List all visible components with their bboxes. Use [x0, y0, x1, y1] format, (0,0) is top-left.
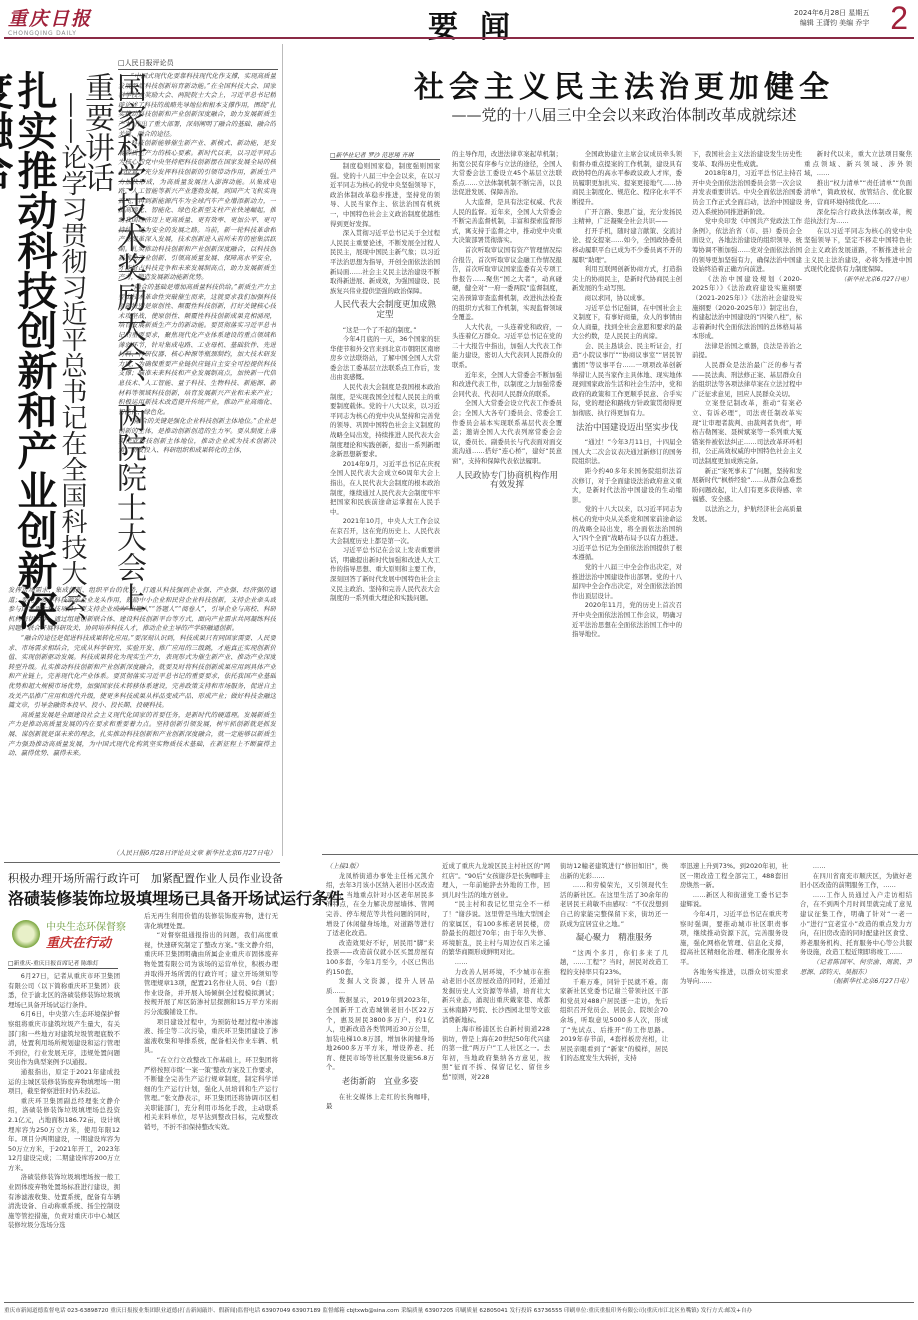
- section-subtitle: 人民代表大会制度更加成熟定型: [330, 301, 440, 320]
- bottom-right-column-2: 近成了重庆九龙坡区民主村社区的“网红店”。“90后”女孩谢莎是长狗咖啡主理人，一…: [442, 862, 550, 1274]
- paragraph: 深入贯彻习近平总书记关于全过程人民民主重要论述，不断发展全过程人民民主，展现中国…: [330, 229, 440, 296]
- editors-credit: 编辑 王潇钧 美编 乔宇: [794, 18, 869, 28]
- paragraph: “在立行立改整改工作基础上，环卫集团将严格按照市级‘一案一策’整改方案及工作要求…: [144, 1056, 278, 1133]
- paragraph: 党中央印发《中国共产党政法工作条例》，依法治省（市、县）委员会全面设立，各地法治…: [692, 217, 802, 275]
- paragraph: 项目建设过程中，为预防处理过程中渗滤液、扬尘等二次污染，重庆环卫集团建设了渗滤液…: [144, 1018, 278, 1056]
- center-column-4: 下，我国社会主义法治建设发生历史性变革、取得历史性成就。 2018年8月，习近平…: [692, 150, 802, 850]
- center-article-headline[interactable]: 社会主义民主法治更加健全: [346, 62, 902, 106]
- paragraph: 首次听取审议国有资产管理情况综合报告，首次听取审议金融工作情况报告，首次听取审议…: [452, 246, 562, 323]
- paragraph: 习近平总书记在会议上发表重要讲话，明确提出新时代加强和改进人大工作的指导思想、重…: [330, 546, 440, 604]
- paragraph: 洛碛装修装饰垃圾填埋场按一般工业固体废弃物处置场标准进行建设，拥有渗滤液收集、处…: [8, 1173, 120, 1231]
- paragraph: “这是一个了不起的制度。”: [330, 326, 440, 336]
- paragraph: ……工作人员通过入户走访相结合，在不到两个月时间里就完成了意见建议征集工作，明确…: [800, 891, 912, 958]
- paragraph: 后无再生利用价值的装修装饰废弃物，进行无害化填埋处置。: [144, 912, 278, 931]
- paragraph: “对督察组通报指出的问题，我们高度重视，快速研究制定了整改方案。”张文静介绍，重…: [144, 931, 278, 1017]
- center-column-3: 全国政协建立主席会议成员牵头领衔督办重点提案的工作机制，建设具有政协特色的高水平…: [572, 150, 682, 850]
- paragraph: 改造效果好不好，居民用“脚”来投票——改造前仅就小区买置房屋有100多套，今年1…: [326, 939, 434, 977]
- paragraph: 街坊12幢老建筑进行“修旧如旧”，焕出新的光彩……: [560, 862, 668, 881]
- paragraph: 近成了重庆九龙坡区民主村社区的“网红店”。“90后”女孩谢莎是长狗咖啡主理人，一…: [442, 862, 550, 900]
- left-article-byline: □人民日报评论员: [118, 58, 278, 70]
- paragraph: 上海市杨浦区长白新村街道228街坊，曾是上海在20世纪50年代兴建的第一批“两万…: [442, 1025, 550, 1083]
- bottom-right-column-5: …… 在四川省南充市顺庆区，为做好老旧小区改造的前期服务工作，…… ……工作人员…: [800, 862, 912, 1274]
- paragraph: 人大代表，一头连着党和政府，一头连着亿万群众。习近平总书记在党的二十大报告中指出…: [452, 323, 562, 371]
- masthead-divider: [4, 37, 914, 39]
- paragraph: 《法治中国建设规划（2020-2025年）》《法治政府建设实施纲要（2021-2…: [692, 275, 802, 342]
- page-number: 2: [890, 0, 908, 37]
- center-column-5: 新时代以来，重大立法项目聚焦重点领域、新兴领域、涉外领域，…… 推出“权力清单”…: [804, 150, 912, 840]
- paragraph: 重庆环卫集团副总经理张文静介绍，洛碛装修装饰垃圾填埋场总投资2.1亿元，占地面积…: [8, 1097, 120, 1174]
- paragraph: 近年来，全国人大常委会不断加强和改进代表工作，以制度之力加强常委会同代表、代表同…: [452, 371, 562, 400]
- bottom-left-column-2: 后无再生利用价值的装修装饰废弃物，进行无害化填埋处置。 “对督察组通报指出的问题…: [144, 912, 278, 1282]
- paragraph: 2014年9月，习近平总书记在庆祝全国人民代表大会成立60周年大会上指出，在人民…: [330, 460, 440, 518]
- paragraph: 6月6日，中央第六生态环境保护督察组将重庆市建筑垃圾产生量大，有关部门和一些地方…: [8, 1010, 120, 1068]
- paragraph: ……和劳模荣光，又引领现代生活的新社区。在这里生活了30余年的老居民王莉敏不由感…: [560, 881, 668, 929]
- paragraph: ……: [442, 958, 550, 968]
- paragraph: 在以习近平同志为核心的党中央坚强领导下，坚定不移走中国特色社会主义政治发展道路，…: [804, 227, 912, 275]
- left-article-subhead-2: ——论学习贯彻习近平总书记在全国科技大会、: [54, 92, 86, 652]
- paragraph: “这两个多月，你们多来了几趟，……工程”？当时，居民对改造工程的支持率只有23%…: [560, 949, 668, 978]
- paragraph: 立案登记制改革，推动“有案必立、有诉必理”，司法责任制改革实现“让审理者裁判、由…: [692, 399, 802, 466]
- section-title: 要闻: [428, 2, 532, 46]
- masthead: 重庆日报 CHONGQING DAILY 要闻 2024年6月28日 星期五 编…: [0, 0, 918, 42]
- paragraph: “融合的途径是促进科技成果转化应用。”要深刻认识到，科技成果只有同国家需要、人民…: [8, 634, 276, 711]
- paragraph: 人民群众是法治最广泛的参与者——民法典、刑法修正案、基层群众自治组织法等各项法律…: [692, 361, 802, 399]
- paragraph: “中国式现代化要靠科技现代化作支撑，实现高质量发展要靠科技创新培育新动能。”在全…: [118, 72, 276, 139]
- dateline: 2024年6月28日 星期五 编辑 王潇钧 美编 乔宇: [794, 8, 869, 28]
- logo-line-2: 重庆在行动: [46, 932, 111, 951]
- bottom-right-column-3: 街坊12幢老建筑进行“修旧如旧”，焕出新的光彩…… ……和劳模荣光，又引领现代生…: [560, 862, 668, 1274]
- paragraph: 人大监督，是具有法定权威、代表人民的监督。近年来，全国人大常委会不断完善监督机制…: [452, 198, 562, 246]
- paragraph: “融合的基础是增加高质量科技供给。”新质生产力主要由技术革命性突破催生而来，这就…: [118, 283, 276, 417]
- paragraph: 率迅速上升到73%。到2020年初，社区一期改造工程全部完工，488套旧房焕然一…: [680, 862, 788, 891]
- paragraph: 法律是治国之重器，良法是善治之前提。: [692, 342, 802, 361]
- paragraph: 数据显示，2019年到2023年，全国新开工改造城镇老旧小区22万个，惠及居民3…: [326, 996, 434, 1073]
- logo-chinese: 重庆日报: [8, 4, 92, 31]
- paragraph: 科技创新能够催生新产业、新模式、新动能，是发展新质生产力的核心要素。新时代以来，…: [118, 139, 276, 283]
- paragraph: 高质量发展是全面建设社会主义现代化国家的首要任务，是新时代的硬道理。发展新质生产…: [8, 711, 276, 759]
- bottom-right-column-4: 率迅速上升到73%。到2020年初，社区一期改造工程全部完工，488套旧房焕然一…: [680, 862, 788, 1274]
- paragraph: 深化综合行政执法体制改革，规范执法行为……: [804, 208, 912, 227]
- newspaper-logo[interactable]: 重庆日报 CHONGQING DAILY: [8, 4, 92, 37]
- left-article-body-wide: 发挥市场需求、集成创新、组织平台的优势，打通从科技强到企业强、产业强、经济强的通…: [8, 586, 276, 846]
- paragraph: 商以求同，协以成事。: [572, 294, 682, 304]
- reporter-credit: （记者陈国军、何宗渝、周凯、尹思源、邱钧天、吴振东）: [800, 958, 912, 977]
- paragraph: 以法治之力，护航经济社会高质量发展。: [692, 505, 802, 524]
- left-article-headline[interactable]: 扎实推动科技创新和产业创新深度融合: [6, 70, 56, 630]
- paragraph: 党的十八大以来，以习近平同志为核心的党中央从关系党和国家前途命运的战略全局出发，…: [572, 505, 682, 563]
- center-column-2: 的主导作用，改进法律草案起草机制；拓宽公民有序参与立法的途径，全国人大常委会法工…: [452, 150, 562, 850]
- paragraph: 推出“权力清单”“责任清单”“负面清单”，简政放权、放管结合、优化服务，营商环境…: [804, 179, 912, 208]
- bottom-left-headline[interactable]: 洛碛装修装饰垃圾填埋场已具备开场试运行条件: [8, 886, 280, 909]
- paragraph: 的主导作用，改进法律草案起草机制；拓宽公民有序参与立法的途径，全国人大常委会法工…: [452, 150, 562, 198]
- paragraph: ……新区人和街道党工委书记李建辉说。: [680, 891, 788, 910]
- section-subtitle: 凝心聚力 精准服务: [560, 934, 668, 944]
- paragraph: 今年4月，习近平总书记在重庆考察时强调，要推动城市社区职责事项，继续推动资源下沉…: [680, 910, 788, 968]
- paragraph: 广开言路、集思广益，充分发扬民主精神，广泛凝聚全社会共识——: [572, 208, 682, 227]
- paragraph: 6月27日，记者从重庆市环卫集团有限公司（以下简称重庆环卫集团）获悉，位于渝北区…: [8, 972, 120, 1010]
- section-subtitle: 人民政协专门协商机构作用有效发挥: [452, 472, 562, 491]
- paragraph: 在四川省南充市顺庆区，为做好老旧小区改造的前期服务工作，……: [800, 872, 912, 891]
- paragraph: 人民代表大会制度是我国根本政治制度，是实现我国全过程人民民主的重要制度载体。党的…: [330, 383, 440, 460]
- section-divider: [4, 862, 280, 863]
- bottom-left-column-1: 6月27日，记者从重庆市环卫集团有限公司（以下简称重庆环卫集团）获悉，位于渝北区…: [8, 972, 120, 1282]
- paragraph: “融合的关键是强化企业科技创新主体地位。”企业是创新的主体，是推动创新创造的生力…: [118, 417, 276, 455]
- paragraph: 2020年11月，党的历史上首次召开中央全面依法治国工作会议，明确习近平法治思想…: [572, 601, 682, 639]
- column-divider: [282, 44, 283, 856]
- paragraph: 距今约40多年来国务院组织法首次修订，对于全面建设法治政府意义重大，是新时代法治…: [572, 467, 682, 505]
- paragraph: 新时代以来，重大立法项目聚焦重点领域、新兴领域、涉外领域，……: [804, 150, 912, 179]
- paragraph: 打开手机，随时建言献策、交流讨论、提交提案……如今，全国政协委员移动履职平台已成…: [572, 227, 682, 265]
- bottom-left-kicker: 积极办理开场所需行政许可 加紧配置作业人员作业设备: [8, 870, 278, 886]
- wire-credit: （据新华社北京6月27日电）: [800, 977, 912, 987]
- leaf-globe-icon: [12, 920, 40, 948]
- paragraph: 千难万难，同针于民就不难。南家新社区党委书记谢兰带领社区干部和党员对488户居民…: [560, 978, 668, 1064]
- center-article-subhead: ——党的十八届三中全会以来政治体制改革成就综述: [346, 104, 902, 125]
- paragraph: 全国政协建立主席会议成员牵头领衔督办重点提案的工作机制，建设具有政协特色的高水平…: [572, 150, 682, 208]
- paragraph: 习近平总书记强调，在中国社会主义制度下，有事好商量，众人的事情由众人商量，找到全…: [572, 304, 682, 342]
- paragraph: 今年4月底的一天，36个国家的驻华使节和外交官来到北京市朝阳区南磨房乡立法联络站…: [330, 335, 440, 383]
- issue-date: 2024年6月28日 星期五: [794, 8, 869, 18]
- paragraph: 2018年8月，习近平总书记主持召开中央全面依法治国委员会第一次会议并发表重要讲…: [692, 169, 802, 217]
- bottom-left-byline: □新重庆-重庆日报首席记者 陈维灯: [8, 958, 118, 969]
- paragraph: 新正“案死事未了”问题，坚持和发展新时代“枫桥经验”……从群众急难愁盼问题改起，…: [692, 467, 802, 505]
- bottom-right-column-1: （上接1版） 龙凤桥街道办事处主任杨元凯介绍，去年3月该小区纳入老旧小区改造项目…: [326, 862, 434, 1274]
- paragraph: “通过！”今年3月11日，十四届全国人大二次会议表决通过新修订的国务院组织法。: [572, 438, 682, 467]
- paragraph: 党的十八届三中全会作出决定，对推进法治中国建设作出部署。党的十八届四中全会作出决…: [572, 563, 682, 601]
- paragraph: 龙凤桥街道办事处主任杨元凯介绍，去年3月该小区纳入老旧小区改造项目，当地重点针对…: [326, 872, 434, 939]
- paragraph: 下，我国社会主义法治建设发生历史性变革、取得历史性成就。: [692, 150, 802, 169]
- paragraph: 制度稳则国家稳，制度强则国家强。党的十八届三中全会以来，在以习近平同志为核心的党…: [330, 162, 440, 229]
- paragraph: 通报指出，原定于2021年建成投运的主城区装修装饰废弃物填埋场一期项目，截至督察…: [8, 1068, 120, 1097]
- footer-divider: [4, 1302, 914, 1303]
- paragraph: 发掘人文资源，提升人居品质……: [326, 977, 434, 996]
- paragraph: 2021年10月，中央人大工作会议在京召开，这在党的历史上、人民代表大会制度历史…: [330, 517, 440, 546]
- continued-marker: （上接1版）: [326, 862, 434, 872]
- section-subtitle: 法治中国建设迈出坚实步伐: [572, 424, 682, 434]
- left-article-body-top: “中国式现代化要靠科技现代化作支撑，实现高质量发展要靠科技创新培育新动能。”在全…: [118, 72, 276, 572]
- paragraph: 在社交媒体上走红的长狗咖啡，最: [326, 1093, 434, 1112]
- logo-line-1: 中央生态环保督察: [46, 918, 126, 933]
- center-article-byline: □新华社记者 罗沙 范思翔 齐琪: [330, 150, 440, 160]
- paragraph: 利用互联网创新协商方式，打造指尖上的协商民主，是新时代协商民主创新发展的生动写照…: [572, 265, 682, 294]
- paragraph: 力改善人居环境，不少城市在推动老旧小区房屋改造的同时，还通过发掘历史人文资源等举…: [442, 968, 550, 1026]
- paragraph: 发挥市场需求、集成创新、组织平台的优势，打通从科技强到企业强、产业强、经济强的通…: [8, 586, 276, 634]
- logo-english: CHONGQING DAILY: [8, 30, 92, 37]
- paragraph: 会、民主恳谈会、民主听证会，打造“小院议事厅”“协商议事室”“居民智囊团”等议事…: [572, 342, 682, 419]
- center-article-credit: （新华社北京6月27日电）: [804, 275, 912, 285]
- paragraph: ……: [800, 862, 912, 872]
- section-subtitle: 老街新韵 宜业多姿: [326, 1078, 434, 1088]
- paragraph: 全国人大常委会设立代表工作委员会；全国人大各专门委员会、常委会工作委员会基本实现…: [452, 399, 562, 466]
- section-divider: [322, 854, 918, 855]
- paragraph: “民主村和我记忆里完全不一样了！”谢莎说。这里曾是当地大型国企的家属区，有100…: [442, 900, 550, 958]
- left-article-credit: （人民日报6月28日评论员文章 新华社北京6月27日电）: [8, 849, 276, 859]
- center-column-1: 制度稳则国家稳，制度强则国家强。党的十八届三中全会以来，在以习近平同志为核心的党…: [330, 162, 440, 852]
- footer-contacts: 重庆市新闻道德监督电话 023-63898720 重庆日报报业集团职业道德(打击…: [4, 1306, 914, 1314]
- paragraph: 各地务实推进，以群众切实需求为导向……: [680, 968, 788, 987]
